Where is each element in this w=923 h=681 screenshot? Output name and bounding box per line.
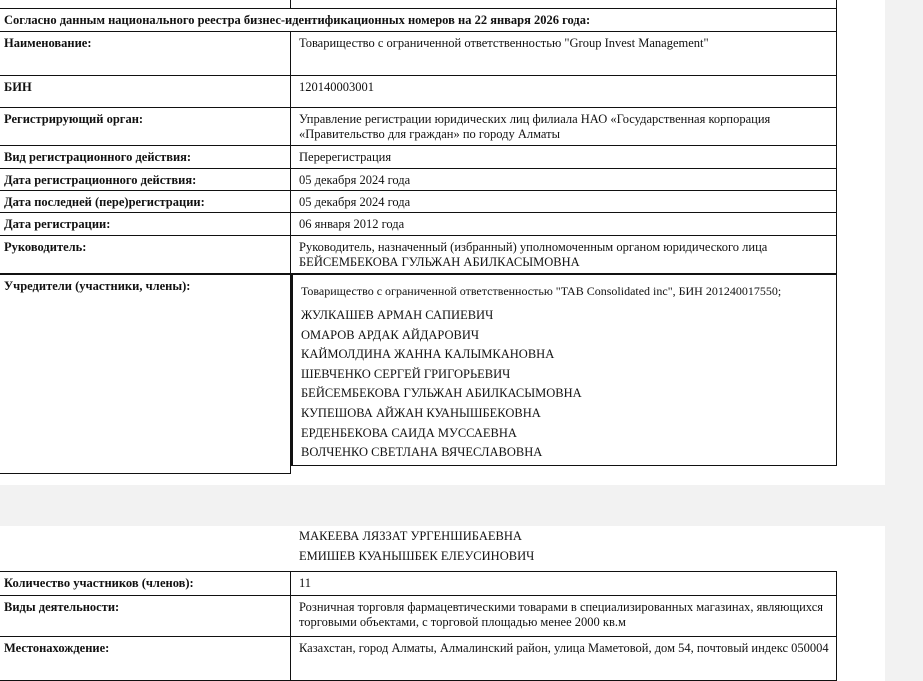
value-activity-types: Розничная торговля фармацевтическими тов… (290, 595, 837, 637)
founder-person: МАКЕЕВА ЛЯЗЗАТ УРГЕНШИБАЕВНА (299, 527, 534, 547)
founder-person: КУПЕШОВА АЙЖАН КУАНЫШБЕКОВНА (301, 404, 828, 424)
founder-person: ВОЛЧЕНКО СВЕТЛАНА ВЯЧЕСЛАВОВНА (301, 443, 828, 463)
founder-person: БЕЙСЕМБЕКОВА ГУЛЬЖАН АБИЛКАСЫМОВНА (301, 384, 828, 404)
value-director: Руководитель, назначенный (избранный) уп… (290, 235, 837, 274)
value-registration-action-type: Перерегистрация (290, 145, 837, 169)
founders-list-box: Товарищество с ограниченной ответственно… (291, 273, 837, 466)
founder-person: ЕМИШЕВ КУАНЫШБЕК ЕЛЕУСИНОВИЧ (299, 547, 534, 567)
label-member-count: Количество участников (членов): (0, 571, 291, 596)
label-director: Руководитель: (0, 235, 291, 274)
value-registering-authority: Управление регистрации юридических лиц ф… (290, 107, 837, 146)
founder-persons: ЖУЛКАШЕВ АРМАН САПИЕВИЧ ОМАРОВ АРДАК АЙД… (301, 306, 828, 463)
label-registering-authority: Регистрирующий орган: (0, 107, 291, 146)
director-name: БЕЙСЕМБЕКОВА ГУЛЬЖАН АБИЛКАСЫМОВНА (299, 255, 832, 270)
value-member-count: 11 (290, 571, 837, 596)
label-bin: БИН (0, 75, 291, 108)
founder-company: Товарищество с ограниченной ответственно… (301, 284, 828, 299)
document-page-1: Согласно данным национального реестра би… (0, 0, 885, 485)
value-registration-action-date: 05 декабря 2024 года (290, 168, 837, 191)
founder-person: ОМАРОВ АРДАК АЙДАРОВИЧ (301, 326, 828, 346)
label-registration-date: Дата регистрации: (0, 212, 291, 236)
director-appointment: Руководитель, назначенный (избранный) уп… (299, 240, 832, 255)
label-registration-action-date: Дата регистрационного действия: (0, 168, 291, 191)
value-name: Товарищество с ограниченной ответственно… (290, 31, 837, 76)
founder-person: ЖУЛКАШЕВ АРМАН САПИЕВИЧ (301, 306, 828, 326)
value-location: Казахстан, город Алматы, Алмалинский рай… (290, 636, 837, 681)
label-name: Наименование: (0, 31, 291, 76)
value-bin: 120140003001 (290, 75, 837, 108)
label-last-reregistration-date: Дата последней (пере)регистрации: (0, 190, 291, 213)
label-founders: Учредители (участники, члены): (0, 273, 291, 474)
label-registration-action-type: Вид регистрационного действия: (0, 145, 291, 169)
founder-persons-continued: МАКЕЕВА ЛЯЗЗАТ УРГЕНШИБАЕВНА ЕМИШЕВ КУАН… (299, 527, 534, 566)
value-registration-date: 06 января 2012 года (290, 212, 837, 236)
label-activity-types: Виды деятельности: (0, 595, 291, 637)
founder-person: КАЙМОЛДИНА ЖАННА КАЛЫМКАНОВНА (301, 345, 828, 365)
founder-person: ЕРДЕНБЕКОВА САИДА МУССАЕВНА (301, 424, 828, 444)
founder-person: ШЕВЧЕНКО СЕРГЕЙ ГРИГОРЬЕВИЧ (301, 365, 828, 385)
value-last-reregistration-date: 05 декабря 2024 года (290, 190, 837, 213)
registry-intro: Согласно данным национального реестра би… (0, 8, 837, 32)
document-page-2: МАКЕЕВА ЛЯЗЗАТ УРГЕНШИБАЕВНА ЕМИШЕВ КУАН… (0, 526, 885, 681)
label-location: Местонахождение: (0, 636, 291, 681)
